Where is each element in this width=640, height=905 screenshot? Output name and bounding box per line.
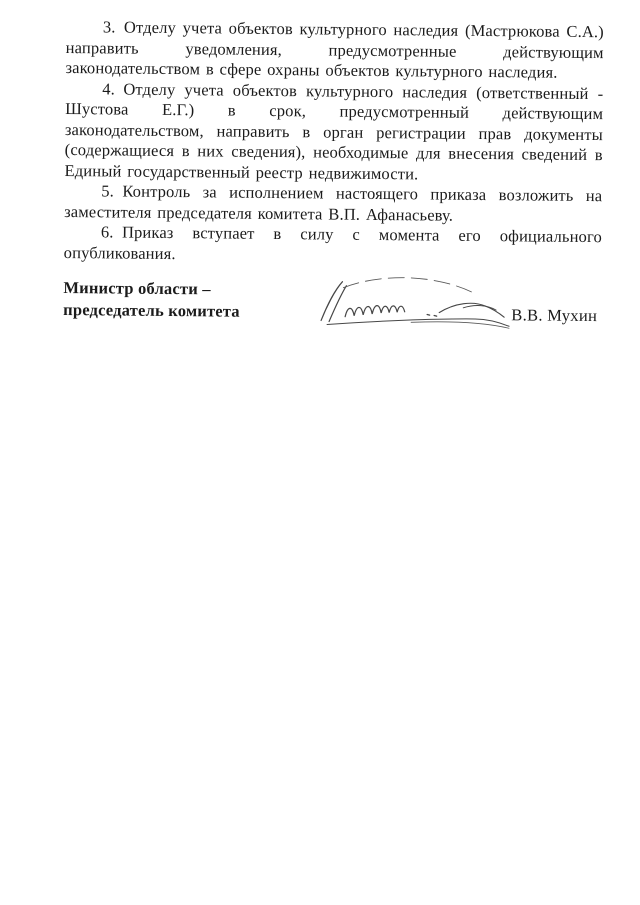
document-page: 3. Отделу учета объектов культурного нас…	[0, 0, 640, 905]
order-body-text: 3. Отделу учета объектов культурного нас…	[64, 17, 604, 268]
paragraph-3: 3. Отделу учета объектов культурного нас…	[65, 17, 604, 84]
document-content: 3. Отделу учета объектов культурного нас…	[63, 17, 604, 344]
signatory-name: В.В. Мухин	[511, 305, 597, 326]
signature-block: Министр области – председатель комитета	[63, 277, 602, 344]
signatory-title-line2: председатель комитета	[63, 299, 293, 323]
signatory-title-line1: Министр области –	[63, 277, 293, 301]
paragraph-5: 5. Контроль за исполнением настоящего пр…	[64, 181, 602, 227]
paragraph-6: 6. Приказ вступает в силу с момента его …	[64, 222, 602, 268]
signature-icon	[315, 273, 512, 333]
signatory-title: Министр области – председатель комитета	[63, 277, 293, 323]
paragraph-4: 4. Отделу учета объектов культурного нас…	[64, 78, 603, 186]
